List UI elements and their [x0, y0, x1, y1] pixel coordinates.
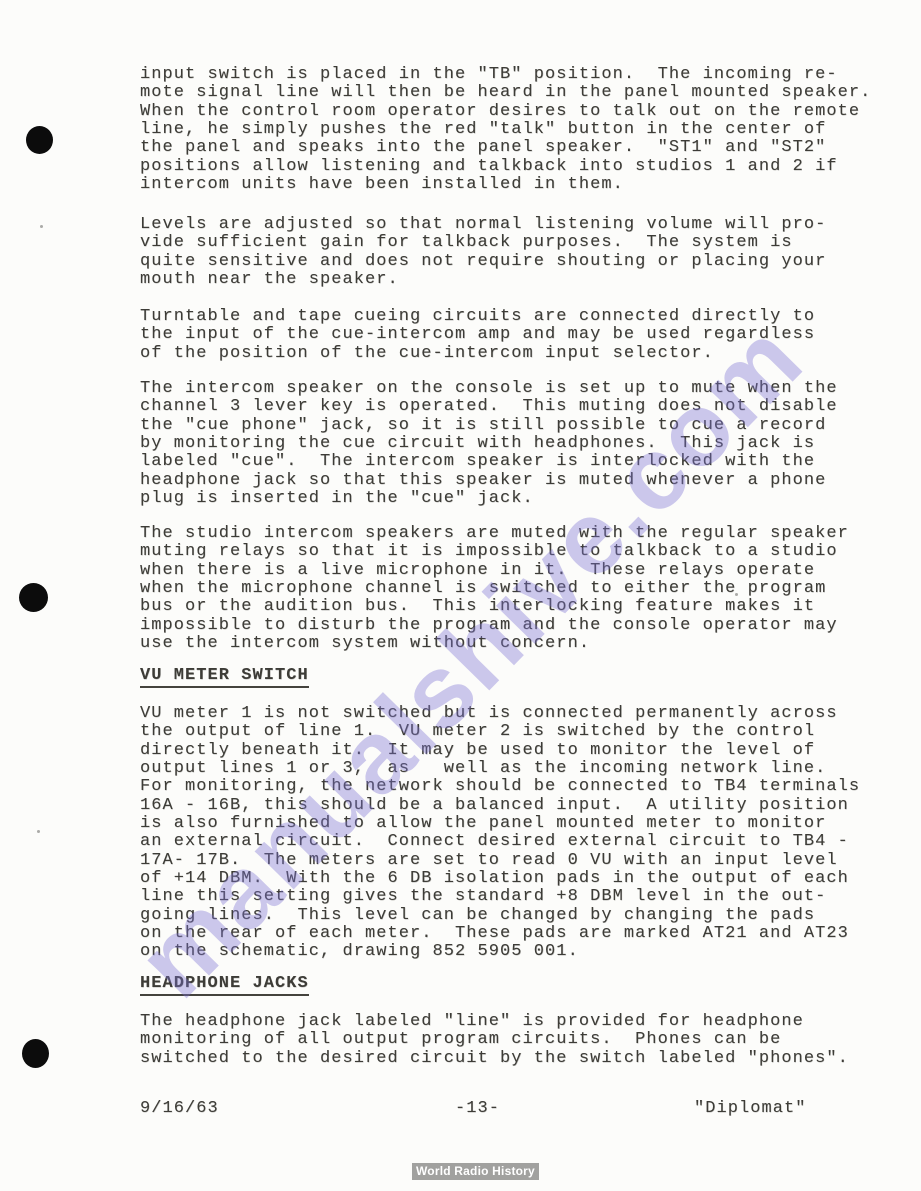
scan-speck — [40, 225, 43, 228]
paragraph-listening-levels: Levels are adjusted so that normal liste… — [140, 216, 826, 289]
scan-speck — [735, 593, 738, 596]
footer-page-number: -13- — [455, 1100, 500, 1118]
footer-model-name: "Diplomat" — [694, 1100, 807, 1118]
punch-hole-middle — [19, 583, 48, 612]
paragraph-studio-intercom-muting: The studio intercom speakers are muted w… — [140, 525, 849, 653]
paragraph-cueing-circuits: Turntable and tape cueing circuits are c… — [140, 308, 815, 363]
heading-vu-meter-switch: VU METER SWITCH — [140, 667, 309, 688]
heading-headphone-jacks-label: HEADPHONE JACKS — [140, 975, 309, 996]
heading-headphone-jacks: HEADPHONE JACKS — [140, 975, 309, 996]
footer-date: 9/16/63 — [140, 1100, 219, 1118]
paragraph-headphone-jacks: The headphone jack labeled "line" is pro… — [140, 1013, 849, 1068]
paragraph-console-intercom-muting: The intercom speaker on the console is s… — [140, 380, 838, 508]
punch-hole-top — [26, 126, 53, 154]
heading-vu-meter-switch-label: VU METER SWITCH — [140, 667, 309, 688]
paragraph-vu-meter-details: VU meter 1 is not switched but is connec… — [140, 705, 860, 962]
scanned-manual-page: input switch is placed in the "TB" posit… — [0, 0, 921, 1191]
paragraph-remote-talkback: input switch is placed in the "TB" posit… — [140, 66, 871, 194]
punch-hole-bottom — [22, 1039, 49, 1068]
scan-speck — [37, 830, 40, 833]
archive-badge: World Radio History — [412, 1163, 539, 1180]
